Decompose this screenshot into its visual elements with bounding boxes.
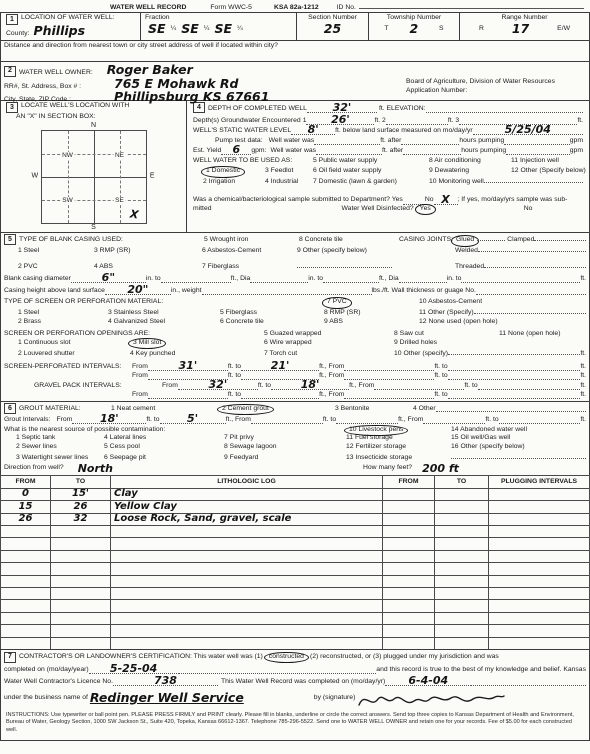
row3-log: Loose Rock, Sand, gravel, scale (114, 513, 291, 524)
contam-other-blank (451, 452, 586, 459)
casing-2: 2 PVC (18, 263, 94, 271)
constructed-circled: constructed (264, 652, 309, 663)
weight-blank (202, 288, 372, 295)
quarter-3: ¼ (237, 25, 243, 33)
township-value: 2 (409, 23, 418, 36)
gi-ftto-3: ft. to (485, 416, 498, 424)
screen-2: 2 Brass (18, 318, 108, 326)
yield-value: 6 (233, 144, 241, 155)
casing-1: 1 Steel (18, 247, 94, 255)
contamination-question: What is the nearest source of possible c… (4, 426, 346, 434)
casing-5: 5 Wrought iron (204, 236, 299, 244)
range-prefix: R (479, 25, 484, 33)
gpi2-ftto: ft. to (228, 391, 241, 399)
spi-ft-end: ft. (580, 363, 586, 371)
section-locate: 3 LOCATE WELL'S LOCATION WITH AN "X" IN … (1, 101, 187, 232)
diam-blank-3 (323, 276, 379, 283)
static-level-date: 5/25/04 (505, 124, 551, 135)
yield-gpm-blank (506, 148, 570, 155)
compass-n: N (91, 122, 96, 131)
section5-number: 5 (4, 234, 16, 245)
pump-hours-blank (401, 138, 459, 145)
form-number: Form WWC-5 (210, 4, 252, 12)
quadrant-se: SE (113, 197, 126, 205)
casing-diameter-value: 6" (102, 272, 115, 283)
grout-4: 4 Other (413, 405, 436, 413)
diam-ft: ft. (580, 275, 586, 283)
diam-blank-2 (250, 276, 308, 283)
pump-www-label: Well water was (269, 137, 315, 145)
ksa-number: KSA 82a-1212 (274, 4, 319, 12)
welded-blank (478, 245, 586, 252)
county-cell: 1 LOCATION OF WATER WELL: County: Philli… (1, 13, 141, 39)
cert-line3b: This Water Well Record was completed on … (221, 678, 385, 686)
range-suffix: E/W (557, 25, 570, 33)
section2-title: WATER WELL OWNER: (19, 69, 93, 77)
gpi-blank-2a (374, 383, 464, 390)
fraction-2: SE (181, 23, 199, 36)
casing-4: 4 ABS (94, 263, 202, 271)
diam-into-3: in. to (447, 275, 462, 283)
disinfected-no: No (524, 205, 533, 213)
county-value: Phillips (33, 25, 85, 38)
col-from-1: FROM (1, 475, 51, 488)
pump-gpm-blank (504, 138, 569, 145)
section-owner: 2 WATER WELL OWNER: Roger Baker RR#, St.… (0, 61, 590, 101)
opening-other-blank (448, 348, 580, 355)
gpi2-blank-1 (148, 392, 228, 399)
screen-interval-from: 31' (179, 360, 198, 371)
range-cell: Range Number R 17 E/W (460, 13, 589, 39)
business-name: Redinger Well Service (90, 692, 244, 705)
disinfected-label: Water Well Disinfected? (342, 205, 414, 213)
depth-completed-label: DEPTH OF COMPLETED WELL (208, 105, 307, 113)
contam-7: 7 Pit privy (224, 434, 346, 442)
joint-glued-circled: Glued (451, 235, 479, 246)
gi-blank-3b (499, 417, 581, 424)
screen-7-pvc-circled: 7 PVC (322, 297, 352, 308)
application-number-label: Application Number: (406, 87, 581, 95)
contam-1: 1 Septic tank (16, 434, 104, 442)
opening-1: 1 Continuous slot (18, 339, 130, 347)
casing-8: 8 Concrete tile (299, 236, 399, 244)
cert-line4a: under the business name of (4, 694, 88, 702)
gpi2-blank-2 (241, 392, 319, 399)
cert-line2a: completed on (mo/day/year) (4, 666, 89, 674)
opening-10: 10 Other (specify) (394, 350, 448, 358)
board-label: Board of Agriculture, Division of Water … (406, 78, 581, 86)
gpi2-ftto-2: ft. to (434, 391, 447, 399)
use-3: 3 Feedlot (265, 167, 313, 175)
section-3-4-wrap: 3 LOCATE WELL'S LOCATION WITH AN "X" IN … (0, 100, 590, 233)
spi-ftto-2: ft. to (434, 363, 447, 371)
yield-gpm-unit: gpm (570, 147, 583, 155)
groundwater-2-label: ft. 2 (374, 117, 385, 125)
fraction-cell: Fraction SE ¼ SE ¼ SE ¼ (141, 13, 297, 39)
joint-welded: Welded (455, 247, 478, 255)
gi-ftfrom-2: ft., From (398, 416, 423, 424)
screen-material-title: TYPE OF SCREEN OR PERFORATION MATERIAL: (4, 298, 324, 306)
grout-3: 3 Bentonite (335, 405, 413, 413)
pump-level-blank (314, 138, 380, 145)
screen-interval-to: 21' (271, 360, 290, 371)
spi2-ftto-2: ft. to (434, 372, 447, 380)
opening-7: 7 Torch cut (264, 350, 394, 358)
table-row-empty (1, 612, 590, 624)
gpi2-ft-end: ft. (580, 391, 586, 399)
section7-number: 7 (4, 652, 16, 663)
use-6: 6 Oil field water supply (313, 167, 429, 175)
cert-line1b: (2) reconstructed, or (3) plugged under … (310, 653, 499, 661)
section-depth: 4 DEPTH OF COMPLETED WELL 32' ft. ELEVAT… (187, 101, 589, 232)
groundwater-2-blank (386, 118, 448, 125)
compass-w: W (32, 173, 39, 182)
grout-interval-from: 18' (100, 413, 119, 424)
form-title: WATER WELL RECORD (110, 4, 186, 12)
casing-9: 9 Other (specify below) (297, 247, 397, 255)
contam-16: 16 Other (specify below) (451, 443, 525, 451)
compass-e: E (150, 173, 155, 182)
gravel-pack-to: 18' (301, 379, 320, 390)
col-plugging-intervals: PLUGGING INTERVALS (489, 475, 590, 488)
spi2-ftto: ft. to (228, 372, 241, 380)
spi2-ftfrom: ft., From (319, 372, 344, 380)
use-8: 8 Air conditioning (429, 157, 511, 165)
quadrant-ne: NE (113, 152, 126, 160)
cert-line4b: by (signature) (314, 694, 356, 702)
casing-joints-label: CASING JOINTS: (399, 236, 453, 244)
signature (355, 690, 505, 713)
pump-after-label: ft. after (380, 137, 401, 145)
section-number-cell: Section Number 25 (297, 13, 369, 39)
how-many-feet-value: 200 ft (422, 463, 459, 474)
casing-other-blank (297, 261, 392, 268)
id-label: ID No. (337, 4, 356, 12)
height-weight-label: in., weight (171, 287, 202, 295)
section-number-value: 25 (324, 21, 341, 36)
screen-6: 6 Concrete tile (220, 318, 324, 326)
table-header-row: FROM TO LITHOLOGIC LOG FROM TO PLUGGING … (1, 475, 590, 488)
gi-ftto: ft. to (146, 416, 159, 424)
grout-interval-to: 5' (187, 413, 198, 424)
threaded-blank (484, 261, 586, 268)
gi-ft-end: ft. (580, 416, 586, 424)
gpi2-blank-3 (344, 392, 434, 399)
table-row-empty (1, 575, 590, 587)
blank-casing-title: TYPE OF BLANK CASING USED: (19, 236, 204, 244)
screen-intervals-label: SCREEN-PERFORATED INTERVALS: (4, 363, 132, 371)
diam-blank-5 (461, 276, 580, 283)
screen-9: 9 ABS (324, 318, 419, 326)
record-completed-date: 6-4-04 (408, 675, 448, 686)
row2-to: 26 (74, 501, 88, 512)
glued-blank (477, 234, 505, 241)
water-well-record-form: WATER WELL RECORD Form WWC-5 KSA 82a-121… (0, 0, 590, 754)
spi2-from-label: From (132, 372, 148, 380)
opening-2: 2 Louvered shutter (18, 350, 130, 358)
casing-7: 7 Fiberglass (202, 263, 297, 271)
spi-blank-2a (344, 364, 434, 371)
quarter-1: ¼ (171, 25, 177, 33)
use-12: 12 Other (Specify below) (511, 167, 586, 175)
fraction-3: SE (214, 23, 232, 36)
casing-height-label: Casing height above land surface (4, 287, 105, 295)
cert-blank-3 (471, 679, 586, 686)
yield-label: Est. Yield (193, 147, 221, 155)
openings-title: SCREEN OR PERFORATION OPENINGS ARE: (4, 330, 264, 338)
gi-blank-3a (423, 417, 485, 424)
table-row-empty (1, 563, 590, 575)
cert-blank-2 (179, 667, 377, 674)
id-blank (359, 2, 584, 9)
gpi2-ftfrom: ft., From (319, 391, 344, 399)
contam-15: 15 Oil well/Gas well (451, 434, 510, 442)
contam-9: 9 Feedyard (224, 454, 346, 462)
casing-height-value: 20" (127, 284, 148, 295)
diam-into: in. to (146, 275, 161, 283)
row1-log: Clay (114, 488, 138, 499)
gi-ftfrom: ft., From (226, 416, 251, 424)
row3-from: 26 (19, 513, 33, 524)
groundwater-3-label: ft. 3 (448, 117, 459, 125)
licence-number: 738 (154, 675, 177, 686)
table-row-empty (1, 538, 590, 550)
range-value: 17 (512, 23, 529, 36)
screen-8: 8 RMP (SR) (324, 309, 419, 317)
grout-2-cement-circled: 2 Cement grout (217, 404, 274, 415)
spi2-ft-end: ft. (580, 372, 586, 380)
cert-line2b: and this record is true to the best of m… (376, 666, 586, 674)
cert-line1a: CONTRACTOR'S OR LANDOWNER'S CERTIFICATIO… (19, 653, 263, 661)
static-level-mid: ft. below land surface measured on mo/da… (335, 127, 473, 135)
section6-number: 6 (4, 403, 16, 414)
use-10-blank (484, 176, 583, 183)
grout-intervals-label: Grout Intervals: (4, 416, 50, 424)
contam-5: 5 Cess pool (104, 443, 224, 451)
yield-gpm-label: gpm: (251, 147, 266, 155)
screen-other-blank (474, 307, 586, 314)
spi-blank-2b (448, 364, 581, 371)
screen-4: 4 Galvanized Steel (108, 318, 220, 326)
table-row-empty (1, 637, 590, 649)
section2-number: 2 (4, 66, 16, 77)
opening-4: 4 Key punched (130, 350, 264, 358)
table-row-empty (1, 550, 590, 562)
contam-8: 8 Sewage lagoon (224, 443, 346, 451)
compass-s: S (91, 224, 96, 233)
quarter-2: ¼ (204, 25, 210, 33)
yield-hours-blank (403, 148, 461, 155)
diam-ftdia-2: ft., Dia (379, 275, 399, 283)
disinfected-yes-circled: Yes (415, 204, 436, 215)
grout-title: GROUT MATERIAL: (19, 405, 111, 413)
casing-6: 6 Asbestos-Cement (202, 247, 297, 255)
sample-no-x: X (441, 194, 449, 205)
spi2-blank-4 (448, 373, 581, 380)
use-2: 2 Irrigation (203, 178, 265, 186)
static-level-value: 8' (308, 124, 319, 135)
sample-question: Was a chemical/bacteriological sample su… (193, 196, 403, 204)
spi-from-label: From (132, 363, 148, 371)
fraction-1: SE (148, 23, 166, 36)
row3-to: 32 (74, 513, 88, 524)
section3-title-2: AN "X" IN SECTION BOX: (3, 113, 184, 121)
gravel-pack-from: 32' (209, 379, 228, 390)
sample-mitted: mitted (193, 205, 212, 213)
yield-hours-label: hours pumping (461, 147, 506, 155)
diam-blank-4 (399, 276, 447, 283)
spi-ftto: ft. to (228, 363, 241, 371)
table-row-empty (1, 588, 590, 600)
gpi-ft-end: ft. (580, 382, 586, 390)
yield-level-blank (316, 148, 382, 155)
section1-number: 1 (6, 14, 18, 25)
opening-6: 6 Wire wrapped (264, 339, 394, 347)
opening-other-ft: ft. (580, 350, 586, 358)
section-certification: 7 CONTRACTOR'S OR LANDOWNER'S CERTIFICAT… (0, 649, 590, 741)
joint-threaded: Threaded (455, 263, 484, 271)
row2-from: 15 (19, 501, 33, 512)
spi2-blank-3 (344, 373, 434, 380)
township-prefix: T (384, 25, 388, 33)
screen-3: 3 Stainless Steel (108, 309, 220, 317)
use-9: 9 Dewatering (429, 167, 511, 175)
diam-blank-1 (161, 276, 231, 283)
use-10: 10 Monitoring well (429, 178, 484, 186)
pump-hours-label: hours pumping (459, 137, 504, 145)
direction-value: North (78, 463, 113, 474)
yield-after-label: ft. after (382, 147, 403, 155)
gpi-ftfrom: ft., From (349, 382, 374, 390)
distance-question: Distance and direction from nearest town… (1, 40, 589, 61)
opening-8: 8 Saw cut (394, 330, 499, 338)
casing-3: 3 RMP (SR) (94, 247, 202, 255)
clamped-blank (534, 234, 586, 241)
contam-6: 6 Seepage pit (104, 454, 224, 462)
use-4: 4 Industrial (265, 178, 313, 186)
contam-2: 2 Sewer lines (16, 443, 104, 451)
how-many-feet-label: How many feet? (363, 464, 412, 472)
table-row: 15 26 Yellow Clay (1, 501, 590, 513)
guage-blank (476, 288, 586, 295)
screen-11: 11 Other (Specify) (419, 309, 474, 317)
row1-to: 15' (72, 488, 89, 499)
gpi2-from-label: From (132, 391, 148, 399)
opening-11: 11 None (open hole) (499, 330, 560, 338)
address-label: RR#, St. Address, Box # : (4, 83, 114, 91)
table-row: 0 15' Clay (1, 488, 590, 500)
opening-9: 9 Drilled holes (394, 339, 437, 347)
grout-other-blank (436, 405, 586, 412)
col-lithologic-log: LITHOLOGIC LOG (111, 475, 383, 488)
groundwater-ft: ft. (577, 117, 583, 125)
opening-5: 5 Guazed wrapped (264, 330, 394, 338)
static-level-label: WELL'S STATIC WATER LEVEL (193, 127, 291, 135)
casing-diameter-label: Blank casing diameter (4, 275, 71, 283)
completed-date: 5-25-04 (110, 663, 157, 674)
contam-4: 4 Lateral lines (104, 434, 224, 442)
table-row: 26 32 Loose Rock, Sand, gravel, scale (1, 513, 590, 525)
use-label: WELL WATER TO BE USED AS: (193, 157, 313, 165)
use-1-domestic-circled: 1 Domestic (201, 166, 245, 177)
gpi-from-label: From (162, 382, 178, 390)
joint-clamped: Clamped (507, 236, 534, 244)
city-value: Phillipsburg KS 67661 (114, 91, 269, 104)
groundwater-1-value: 26' (331, 114, 350, 125)
township-cell: Township Number T 2 S (369, 13, 460, 39)
gpi-ftto-2: ft. to (464, 382, 477, 390)
contam-11: 11 Fuel storage (346, 434, 451, 442)
well-location-x-mark: X (129, 209, 139, 221)
pump-gpm-label: gpm (570, 137, 583, 145)
elevation-label: ft. ELEVATION: (379, 105, 426, 113)
spi-ftfrom: ft., From (319, 363, 344, 371)
lbs-label: lbs./ft. Wall thickness or guage No. (372, 287, 476, 295)
contam-14: 14 Abandoned water well (451, 426, 527, 434)
lithologic-table: FROM TO LITHOLOGIC LOG FROM TO PLUGGING … (0, 475, 590, 650)
county-label: County: (6, 30, 29, 38)
use-5: 5 Public water supply (313, 157, 429, 165)
contam-12: 12 Fertilizer storage (346, 443, 451, 451)
board-block: Board of Agriculture, Division of Water … (406, 78, 581, 95)
gpi-blank-2b (478, 383, 581, 390)
city-label: City, State, ZIP Code : (4, 96, 114, 104)
sample-ifyes: ; If yes, mo/day/yrs sample was sub- (458, 196, 568, 204)
form-header: WATER WELL RECORD Form WWC-5 KSA 82a-121… (0, 0, 590, 13)
section-box-diagram: NW NE SW SE N S W E X (41, 130, 147, 224)
table-row-empty (1, 600, 590, 612)
gi-blank-2b (336, 417, 398, 424)
row1-from: 0 (22, 488, 29, 499)
gi-blank-2a (251, 417, 323, 424)
yield-www-label: Well water was (270, 147, 316, 155)
cert-line3a: Water Well Contractor's Licence No. (4, 678, 113, 686)
use-7: 7 Domestic (lawn & garden) (313, 178, 429, 186)
quadrant-sw: SW (60, 197, 74, 205)
section1-title: LOCATION OF WATER WELL: (21, 14, 115, 22)
section-location: 1 LOCATION OF WATER WELL: County: Philli… (0, 12, 590, 62)
elevation-blank (426, 106, 583, 113)
gpi-ftto: ft. to (258, 382, 271, 390)
township-suffix: S (439, 25, 444, 33)
groundwater-label: Depth(s) Groundwater Encountered (193, 117, 301, 125)
col-from-2: FROM (383, 475, 435, 488)
section-casing: 5 TYPE OF BLANK CASING USED: 5 Wrought i… (0, 232, 590, 402)
screen-1: 1 Steel (18, 309, 108, 317)
table-row-empty (1, 625, 590, 637)
diam-into-2: in. to (308, 275, 323, 283)
gravel-pack-label: GRAVEL PACK INTERVALS: (4, 382, 162, 390)
col-to-2: TO (435, 475, 489, 488)
table-row-empty (1, 526, 590, 538)
screen-12: 12 None used (open hole) (419, 318, 498, 326)
direction-label: Direction from well? (4, 464, 64, 472)
row2-log: Yellow Clay (114, 501, 177, 512)
gi-ftto-2: ft. to (323, 416, 336, 424)
screen-10: 10 Asbestos-Cement (419, 298, 482, 306)
grout-1: 1 Neat cement (111, 405, 219, 413)
screen-5: 5 Fiberglass (220, 309, 324, 317)
use-11: 11 Injection well (511, 157, 559, 165)
section-grout: 6 GROUT MATERIAL: 1 Neat cement 2 Cement… (0, 401, 590, 475)
diam-ftdia-1: ft., Dia (231, 275, 251, 283)
col-to-1: TO (51, 475, 111, 488)
gi-from-label: From (56, 416, 72, 424)
gpi2-blank-4 (448, 392, 581, 399)
quadrant-nw: NW (60, 152, 75, 160)
